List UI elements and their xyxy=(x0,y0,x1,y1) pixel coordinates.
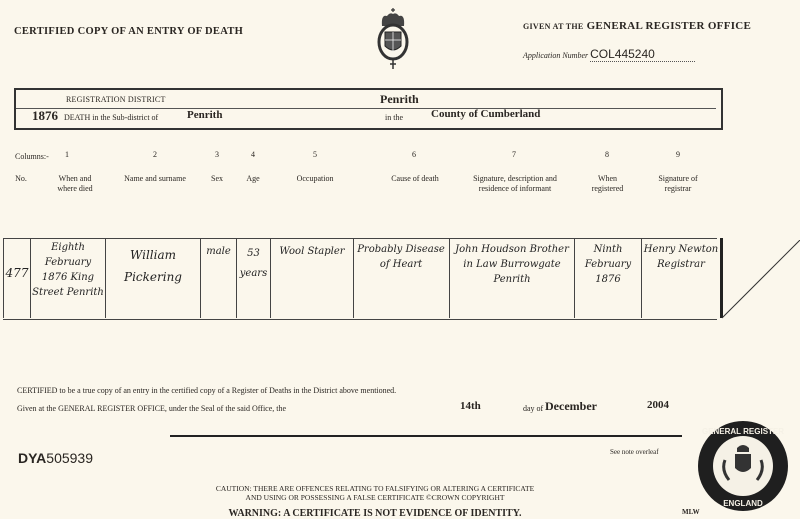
column-divider xyxy=(353,238,354,318)
given-under-seal-statement: Given at the GENERAL REGISTER OFFICE, un… xyxy=(17,404,286,413)
column-header-name: Name and surname xyxy=(115,174,195,184)
identity-warning: WARNING: A CERTIFICATE IS NOT EVIDENCE O… xyxy=(150,508,600,519)
serial-prefix: DYA xyxy=(18,450,46,466)
column-divider xyxy=(105,238,106,318)
column-divider xyxy=(30,238,31,318)
registration-year: 1876 xyxy=(32,108,58,124)
caution-line-2: AND USING OR POSSESSING A FALSE CERTIFIC… xyxy=(150,493,600,502)
certification-day: 14th xyxy=(460,400,481,412)
cancellation-line xyxy=(720,240,800,320)
application-number: Application Number COL445240 xyxy=(523,47,695,61)
given-at-heading: GIVEN AT THE GENERAL REGISTER OFFICE xyxy=(523,20,751,32)
column-header-when-registered: When registered xyxy=(585,174,630,194)
column-header-registrar: Signature of registrar xyxy=(652,174,704,194)
subdistrict-value: Penrith xyxy=(187,109,222,121)
registration-district-label: REGISTRATION DISTRICT xyxy=(66,95,166,104)
columns-label: Columns:- xyxy=(15,152,49,161)
royal-crest-icon xyxy=(375,6,411,72)
svg-text:ENGLAND: ENGLAND xyxy=(723,499,763,508)
certification-year: 2004 xyxy=(647,399,669,411)
column-header-cause: Cause of death xyxy=(370,174,460,184)
registration-district-value: Penrith xyxy=(380,92,419,107)
see-note-overleaf: See note overleaf xyxy=(610,448,659,456)
caution-notice: CAUTION: THERE ARE OFFENCES RELATING TO … xyxy=(150,484,600,502)
general-register-office-seal-icon: GENERAL REGISTER ENGLAND xyxy=(697,420,789,512)
signature-rule xyxy=(170,435,682,437)
county-value: County of Cumberland xyxy=(431,108,540,120)
given-office: GENERAL REGISTER OFFICE xyxy=(587,20,752,32)
column-number: 9 xyxy=(668,150,688,159)
column-number: 4 xyxy=(243,150,263,159)
column-number: 7 xyxy=(504,150,524,159)
document-title: CERTIFIED COPY OF AN ENTRY OF DEATH xyxy=(14,26,243,37)
entry-when-registered: Ninth February 1876 xyxy=(576,242,640,287)
column-header-when-where: When and where died xyxy=(50,174,100,194)
column-header-occupation: Occupation xyxy=(280,174,350,184)
issuer-initials: MLW xyxy=(682,508,700,516)
column-number: 8 xyxy=(597,150,617,159)
certification-statement: CERTIFIED to be a true copy of an entry … xyxy=(17,386,396,395)
entry-cause: Probably Disease of Heart xyxy=(355,242,447,272)
column-number: 5 xyxy=(305,150,325,159)
application-label: Application Number xyxy=(523,51,588,60)
column-header-no: No. xyxy=(8,174,34,184)
certificate-serial: DYA505939 xyxy=(18,450,93,466)
column-header-age: Age xyxy=(238,174,268,184)
svg-text:GENERAL REGISTER: GENERAL REGISTER xyxy=(702,427,784,436)
column-number: 2 xyxy=(145,150,165,159)
in-the-label: in the xyxy=(385,113,403,122)
day-of-label: day of xyxy=(523,404,543,413)
entry-sex: male xyxy=(201,244,236,259)
entry-informant: John Houdson Brother in Law Burrowgate P… xyxy=(451,242,573,287)
column-divider xyxy=(449,238,450,318)
serial-number: 505939 xyxy=(46,450,93,466)
given-prefix: GIVEN AT THE xyxy=(523,22,584,31)
subdistrict-label: DEATH in the Sub-district of xyxy=(64,113,158,122)
entry-occupation: Wool Stapler xyxy=(271,244,353,259)
entry-registrar: Henry Newton Registrar xyxy=(643,242,719,272)
column-header-informant: Signature, description and residence of … xyxy=(466,174,564,194)
column-divider xyxy=(574,238,575,318)
column-header-sex: Sex xyxy=(202,174,232,184)
column-divider xyxy=(641,238,642,318)
certification-month: December xyxy=(545,399,597,414)
column-number: 3 xyxy=(207,150,227,159)
entry-age: 53 years xyxy=(237,244,270,284)
entry-name: William Pickering xyxy=(108,244,198,288)
column-number: 6 xyxy=(404,150,424,159)
caution-line-1: CAUTION: THERE ARE OFFENCES RELATING TO … xyxy=(150,484,600,493)
application-value: COL445240 xyxy=(590,47,695,62)
column-number: 1 xyxy=(57,150,77,159)
entry-when-where: Eighth February 1876 King Street Penrith xyxy=(32,240,104,300)
entry-no: 477 xyxy=(4,266,30,281)
